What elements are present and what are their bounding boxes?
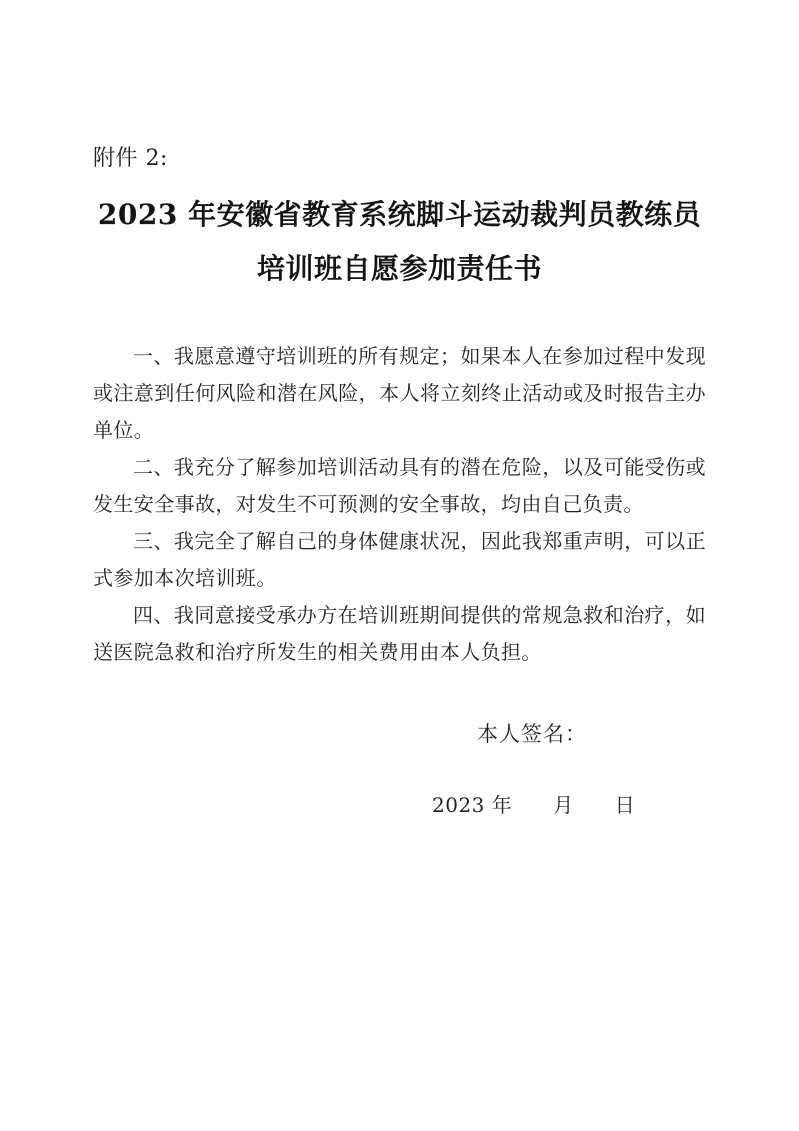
date-line: 2023 年 月 日: [93, 787, 706, 824]
signature-label: 本人签名：: [93, 716, 706, 753]
paragraph-4: 四、我同意接受承办方在培训班期间提供的常规急救和治疗，如送医院急救和治疗所发生的…: [93, 597, 706, 671]
attachment-label: 附件 2:: [93, 145, 168, 172]
document-body: 一、我愿意遵守培训班的所有规定；如果本人在参加过程中发现或注意到任何风险和潜在风…: [93, 338, 706, 671]
document-title-line1: 2023 年安徽省教育系统脚斗运动裁判员教练员: [93, 188, 706, 242]
paragraph-2: 二、我充分了解参加培训活动具有的潜在危险，以及可能受伤或发生安全事故，对发生不可…: [93, 449, 706, 523]
document-page: 附件 2: 2023 年安徽省教育系统脚斗运动裁判员教练员 培训班自愿参加责任书…: [0, 0, 799, 1131]
paragraph-3: 三、我完全了解自己的身体健康状况，因此我郑重声明，可以正式参加本次培训班。: [93, 523, 706, 597]
document-title-line2: 培训班自愿参加责任书: [93, 242, 706, 296]
paragraph-1: 一、我愿意遵守培训班的所有规定；如果本人在参加过程中发现或注意到任何风险和潜在风…: [93, 338, 706, 449]
document-title: 2023 年安徽省教育系统脚斗运动裁判员教练员 培训班自愿参加责任书: [93, 188, 706, 296]
